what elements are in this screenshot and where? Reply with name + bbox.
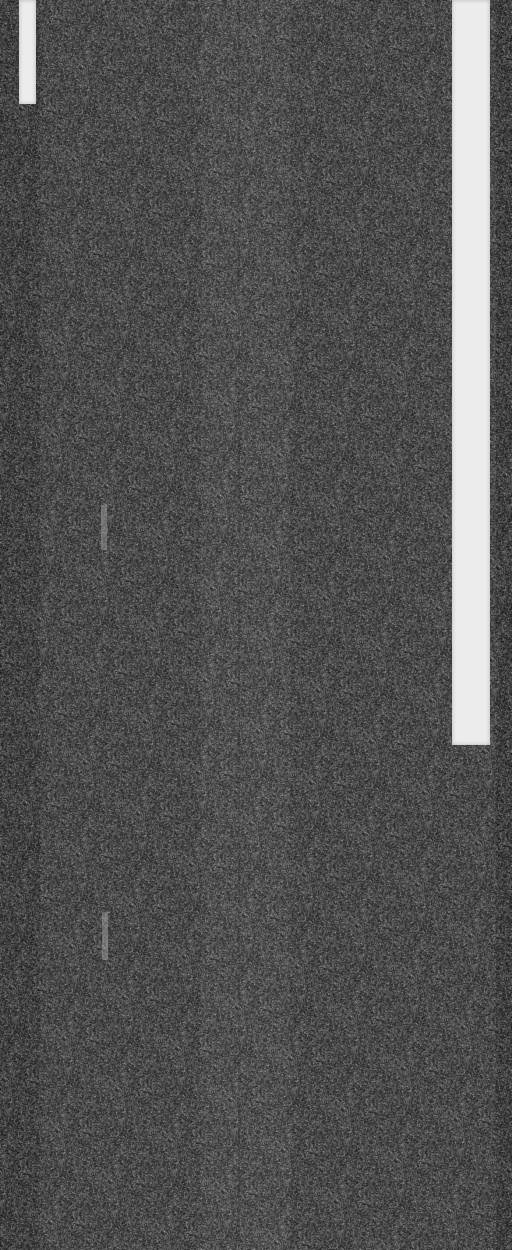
asphalt-texture	[0, 0, 512, 1250]
road-crack	[238, 0, 240, 1250]
faded-marking	[102, 912, 108, 960]
lane-marking-left	[19, 0, 36, 104]
lane-marking-right	[452, 0, 490, 745]
faded-marking	[101, 505, 107, 550]
asphalt-road	[0, 0, 512, 1250]
